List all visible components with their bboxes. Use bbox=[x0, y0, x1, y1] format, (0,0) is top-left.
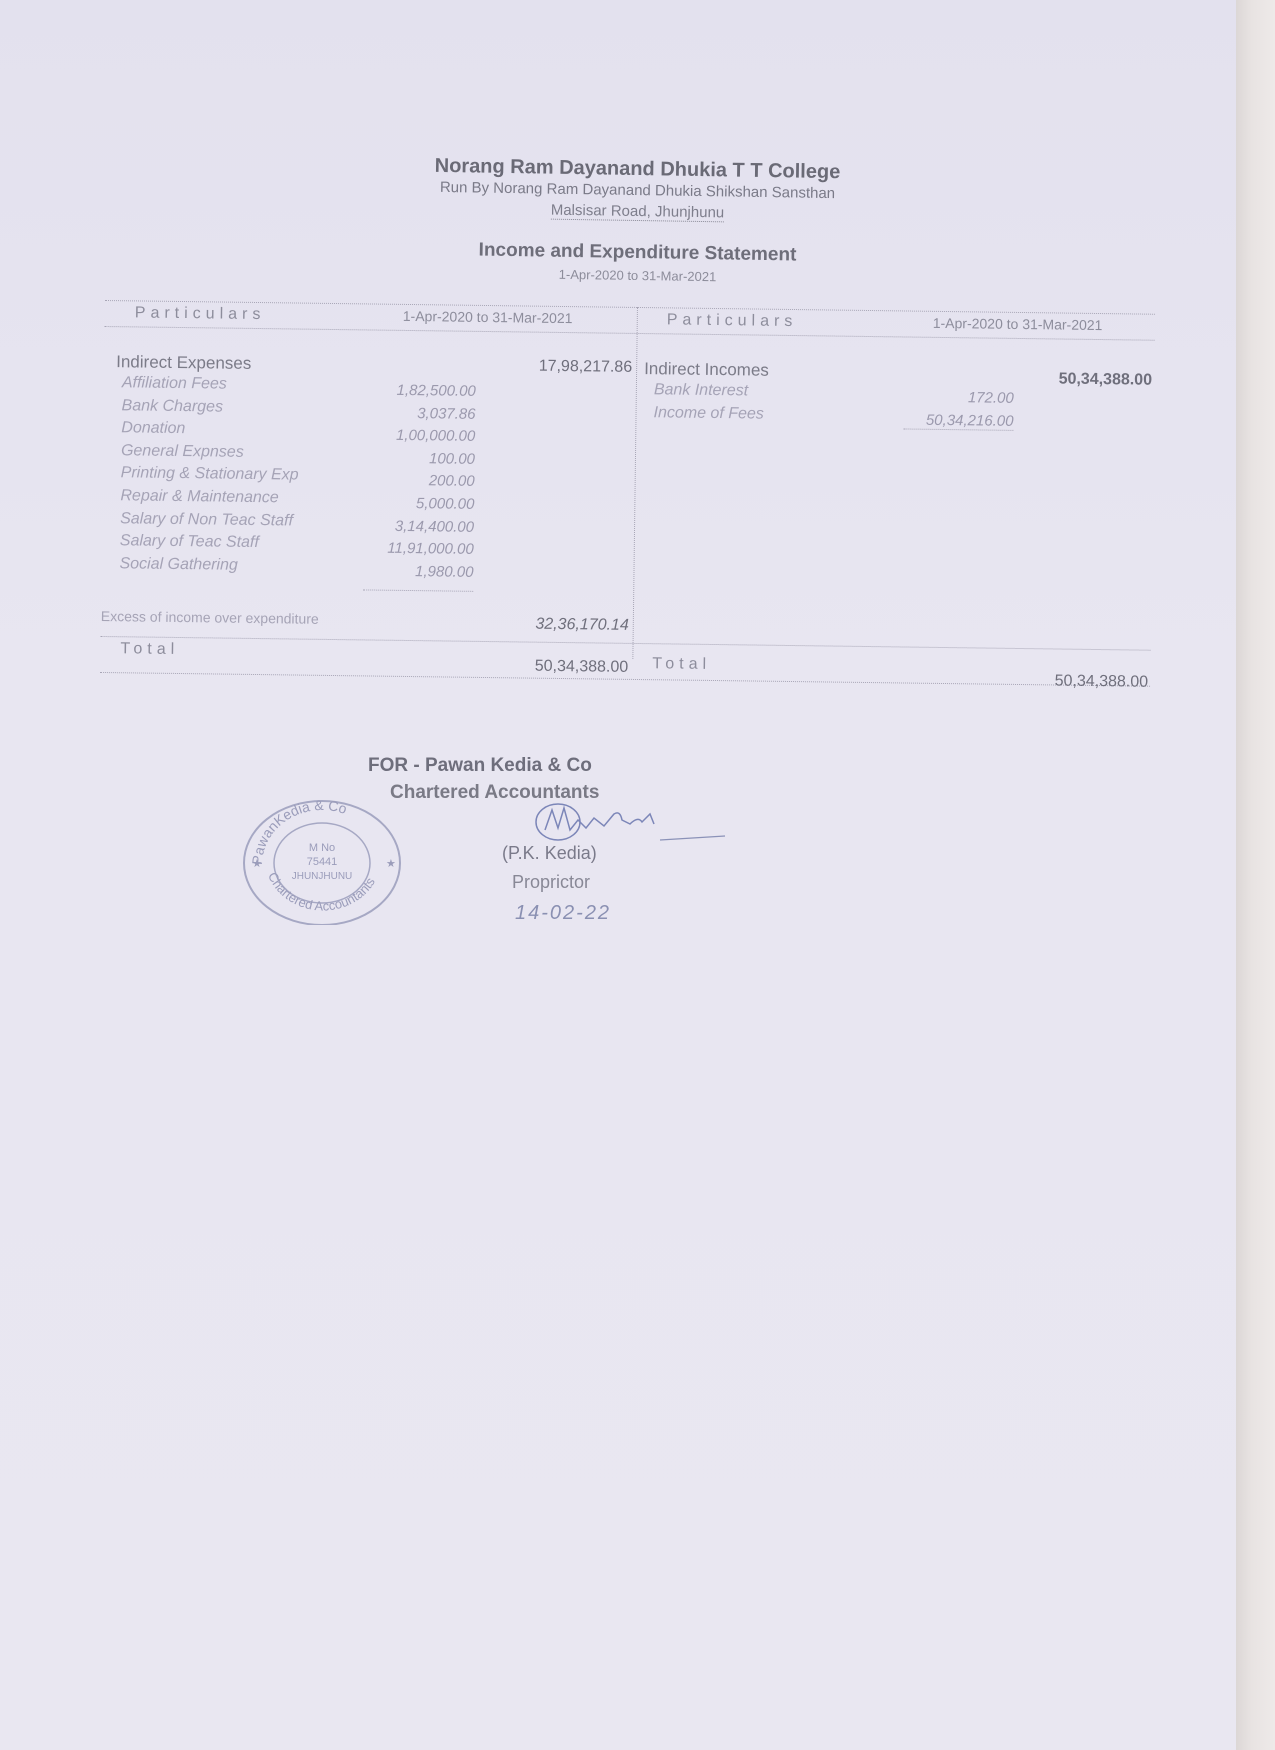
right-group-label: Indirect Incomes bbox=[644, 359, 769, 381]
firm-stamp: PawanKedia & Co Chartered Accountants M … bbox=[240, 795, 405, 925]
line-item-label: Repair & Maintenance bbox=[120, 487, 279, 507]
designation: Proprictor bbox=[512, 872, 590, 893]
income-subtotal-rule bbox=[903, 428, 1013, 430]
line-item-label: Social Gathering bbox=[119, 555, 238, 575]
total-top-rule bbox=[101, 636, 1151, 651]
firm-line: FOR - Pawan Kedia & Co bbox=[368, 755, 592, 777]
excess-label: Excess of income over expenditure bbox=[101, 608, 319, 627]
signature-date: 14-02-22 bbox=[515, 902, 611, 925]
line-item-amount: 3,14,400.00 bbox=[344, 517, 474, 536]
excess-amount: 32,36,170.14 bbox=[479, 615, 629, 635]
left-col-period: 1-Apr-2020 to 31-Mar-2021 bbox=[403, 308, 573, 326]
line-item-label: Salary of Teac Staff bbox=[120, 532, 259, 552]
stamp-line3: JHUNJHUNU bbox=[292, 871, 353, 882]
line-item-amount: 5,000.00 bbox=[344, 494, 474, 513]
left-col-particulars: Particulars bbox=[135, 304, 266, 324]
address-text: Malsisar Road, Jhunjhunu bbox=[551, 202, 725, 223]
line-item-amount: 1,00,000.00 bbox=[345, 426, 475, 445]
line-item-label: Printing & Stationary Exp bbox=[121, 465, 299, 485]
right-col-period: 1-Apr-2020 to 31-Mar-2021 bbox=[933, 315, 1103, 333]
line-item-amount: 172.00 bbox=[884, 388, 1014, 407]
line-item-label: General Expnses bbox=[121, 442, 244, 462]
income-expenditure-table: Particulars 1-Apr-2020 to 31-Mar-2021 Pa… bbox=[100, 300, 1175, 714]
right-total-amount: 50,34,388.00 bbox=[998, 672, 1148, 692]
line-item-label: Affiliation Fees bbox=[122, 374, 227, 393]
line-item-amount: 1,82,500.00 bbox=[346, 381, 476, 400]
right-col-particulars: Particulars bbox=[667, 311, 798, 331]
left-group-label: Indirect Expenses bbox=[116, 352, 251, 374]
line-item-label: Income of Fees bbox=[653, 404, 764, 423]
line-item-amount: 50,34,216.00 bbox=[883, 411, 1013, 430]
signatory-name: (P.K. Kedia) bbox=[502, 843, 597, 864]
stamp-star-left-icon: ★ bbox=[252, 858, 262, 870]
line-item-amount: 3,037.86 bbox=[345, 404, 475, 423]
stamp-line1: M No bbox=[309, 842, 335, 854]
stamp-line2: 75441 bbox=[307, 856, 338, 868]
right-group-total: 50,34,388.00 bbox=[1002, 370, 1152, 390]
right-total-label: Total bbox=[652, 655, 711, 674]
subtotal-rule bbox=[363, 589, 473, 591]
center-divider bbox=[632, 307, 638, 659]
left-total-label: Total bbox=[120, 640, 179, 659]
line-item-amount: 200.00 bbox=[345, 472, 475, 491]
line-item-amount: 100.00 bbox=[345, 449, 475, 468]
line-item-amount: 1,980.00 bbox=[343, 562, 473, 581]
line-item-amount: 11,91,000.00 bbox=[344, 539, 474, 558]
line-item-label: Salary of Non Teac Staff bbox=[120, 510, 293, 530]
line-item-label: Bank Interest bbox=[654, 381, 749, 400]
stamp-star-right-icon: ★ bbox=[386, 858, 396, 870]
left-group-total: 17,98,217.86 bbox=[482, 357, 632, 377]
line-item-label: Bank Charges bbox=[121, 397, 223, 416]
left-total-amount: 50,34,388.00 bbox=[478, 657, 628, 677]
line-item-label: Donation bbox=[121, 419, 185, 438]
